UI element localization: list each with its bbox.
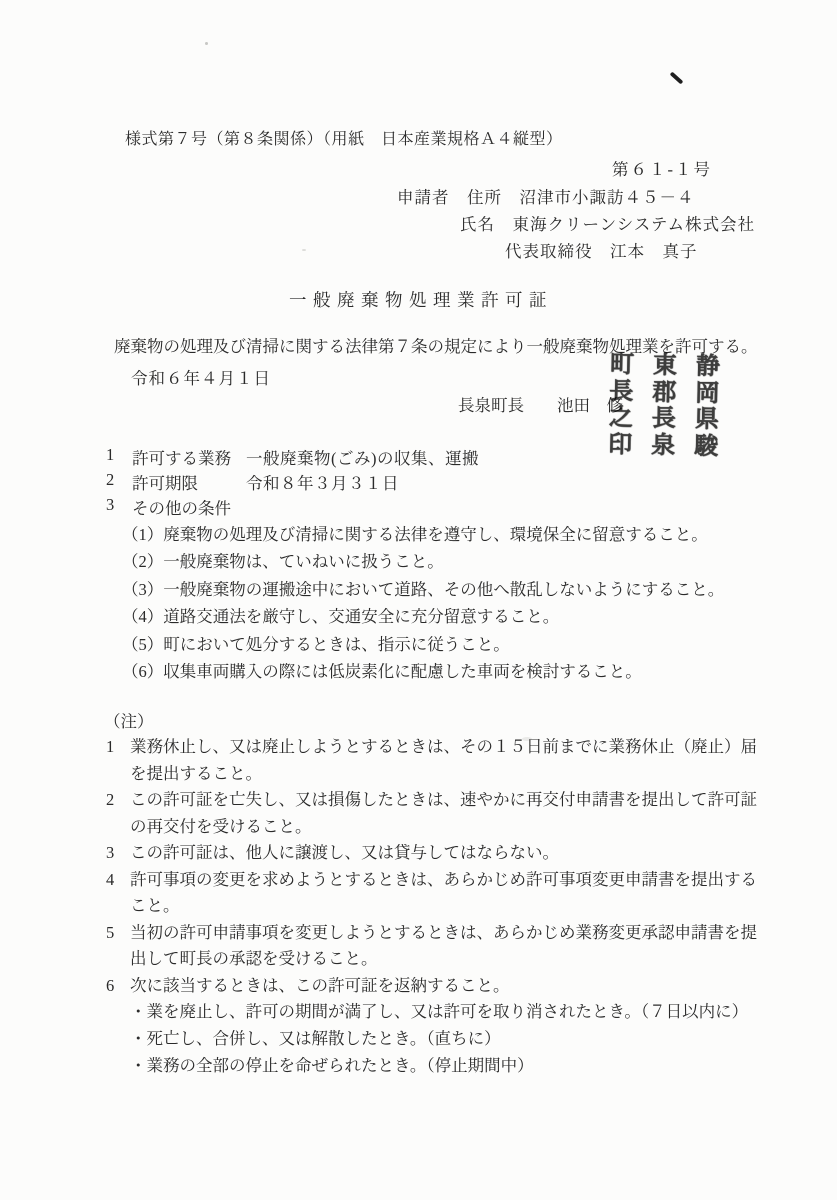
seal-column: 静岡県駿 [685,353,729,462]
note-line: を提出すること。 [104,761,804,788]
note-number: 5 [106,920,114,947]
note-line: 5 当初の許可申請事項を変更しようとするときは、あらかじめ業務変更承認申請書を提 [104,920,804,947]
note-text: 許可事項の変更を求めようとするときは、あらかじめ許可事項変更申請書を提出する [130,870,757,889]
seal-column: 東郡長泉 [642,353,686,462]
pen-mark-artifact [670,71,684,84]
official-seal-stamp: 静岡県駿 東郡長泉 町長之印 [599,352,729,463]
item-number: 1 [106,445,132,469]
form-number-label: 様式第７号（第８条関係）（用紙 日本産業規格Ａ４縦型） [125,126,563,149]
condition-item: （6）収集車両購入の際には低炭素化に配慮した車両を検討すること。 [122,658,724,685]
condition-item: （5）町において処分するときは、指示に従うこと。 [122,631,724,658]
note-text: こと。 [130,896,180,915]
note-text: 出して町長の承認を受けること。 [130,949,378,968]
note-text: 次に該当するときは、この許可証を返納すること。 [130,976,510,995]
note-text: 当初の許可申請事項を変更しようとするときは、あらかじめ業務変更承認申請書を提 [130,923,757,942]
note-line: こと。 [104,893,804,920]
condition-item: （4）道路交通法を厳守し、交通安全に充分留意すること。 [122,603,724,630]
note-bullet-line: ・死亡し、合併し、又は解散したとき。（直ちに） [104,1026,804,1053]
seal-column: 町長之印 [599,352,643,461]
note-number: 4 [106,867,114,894]
note-line: 4 許可事項の変更を求めようとするときは、あらかじめ許可事項変更申請書を提出する [104,867,804,894]
document-number: 第６１‐１号 [612,156,712,180]
note-bullet-line: ・業務の全部の停止を命ぜられたとき。（停止期間中） [104,1053,804,1080]
note-text: この許可証は、他人に譲渡し、又は貸与してはならない。 [130,843,559,862]
permit-item: 1 許可する業務 一般廃棄物(ごみ)の収集、運搬 [106,445,479,469]
grant-date: 令和６年４月１日 [131,365,271,389]
note-text: ・業務の全部の停止を命ぜられたとき。（停止期間中） [130,1056,534,1075]
note-number: 3 [106,840,114,867]
note-line: 2 この許可証を亡失し、又は損傷したときは、速やかに再交付申請書を提出して許可証 [104,787,804,814]
condition-item: （3）一般廃棄物の運搬途中において道路、その他へ散乱しないようにすること。 [122,576,724,603]
issuer-signature-line: 長泉町長 池田 修 [458,392,623,416]
note-line: の再交付を受けること。 [104,814,804,841]
note-number: 6 [106,973,114,1000]
item-label: 許可する業務 [132,445,246,469]
note-bullet-line: ・業を廃止し、許可の期間が満了し、又は許可を取り消されたとき。（７日以内に） [104,999,804,1026]
item-value: 令和８年３月３１日 [246,470,399,494]
item-number: 3 [106,495,132,519]
note-line: 1 業務休止し、又は廃止しようとするときは、その１５日前までに業務休止（廃止）届 [104,734,804,761]
note-number: 2 [106,787,114,814]
scan-speck [302,249,306,251]
conditions-list: （1）廃棄物の処理及び清掃に関する法律を遵守し、環境保全に留意すること。 （2）… [122,521,724,685]
item-label: 許可期限 [132,470,246,494]
applicant-address-line: 申請者 住所 沼津市小諏訪４５－４ [397,184,695,208]
document-title: 一般廃棄物処理業許可証 [289,287,553,312]
item-value: 一般廃棄物(ごみ)の収集、運搬 [246,445,479,469]
applicant-representative-line: 代表取締役 江本 真子 [505,238,698,262]
note-number: 1 [106,734,114,761]
note-text: 業務休止し、又は廃止しようとするときは、その１５日前までに業務休止（廃止）届 [130,737,757,756]
item-number: 2 [106,470,132,494]
scanned-permit-page: 様式第７号（第８条関係）（用紙 日本産業規格Ａ４縦型） 第６１‐１号 申請者 住… [0,0,837,1200]
note-line: 3 この許可証は、他人に譲渡し、又は貸与してはならない。 [104,840,804,867]
note-text: この許可証を亡失し、又は損傷したときは、速やかに再交付申請書を提出して許可証 [130,790,757,809]
notes-heading: （注） [104,708,154,732]
notes-list: 1 業務休止し、又は廃止しようとするときは、その１５日前までに業務休止（廃止）届… [104,734,804,1079]
permit-item: 2 許可期限 令和８年３月３１日 [106,470,399,494]
note-text: の再交付を受けること。 [130,817,312,836]
scan-speck [205,42,208,45]
note-line: 6 次に該当するときは、この許可証を返納すること。 [104,973,804,1000]
note-text: ・死亡し、合併し、又は解散したとき。（直ちに） [130,1029,501,1048]
condition-item: （1）廃棄物の処理及び清掃に関する法律を遵守し、環境保全に留意すること。 [122,521,724,548]
permit-item: 3 その他の条件 [106,495,246,519]
item-label: その他の条件 [132,495,246,519]
note-text: を提出すること。 [130,764,262,783]
note-text: ・業を廃止し、許可の期間が満了し、又は許可を取り消されたとき。（７日以内に） [130,1002,748,1021]
applicant-name-line: 氏名 東海クリーンシステム株式会社 [460,211,755,235]
condition-item: （2）一般廃棄物は、ていねいに扱うこと。 [122,548,724,575]
note-line: 出して町長の承認を受けること。 [104,946,804,973]
